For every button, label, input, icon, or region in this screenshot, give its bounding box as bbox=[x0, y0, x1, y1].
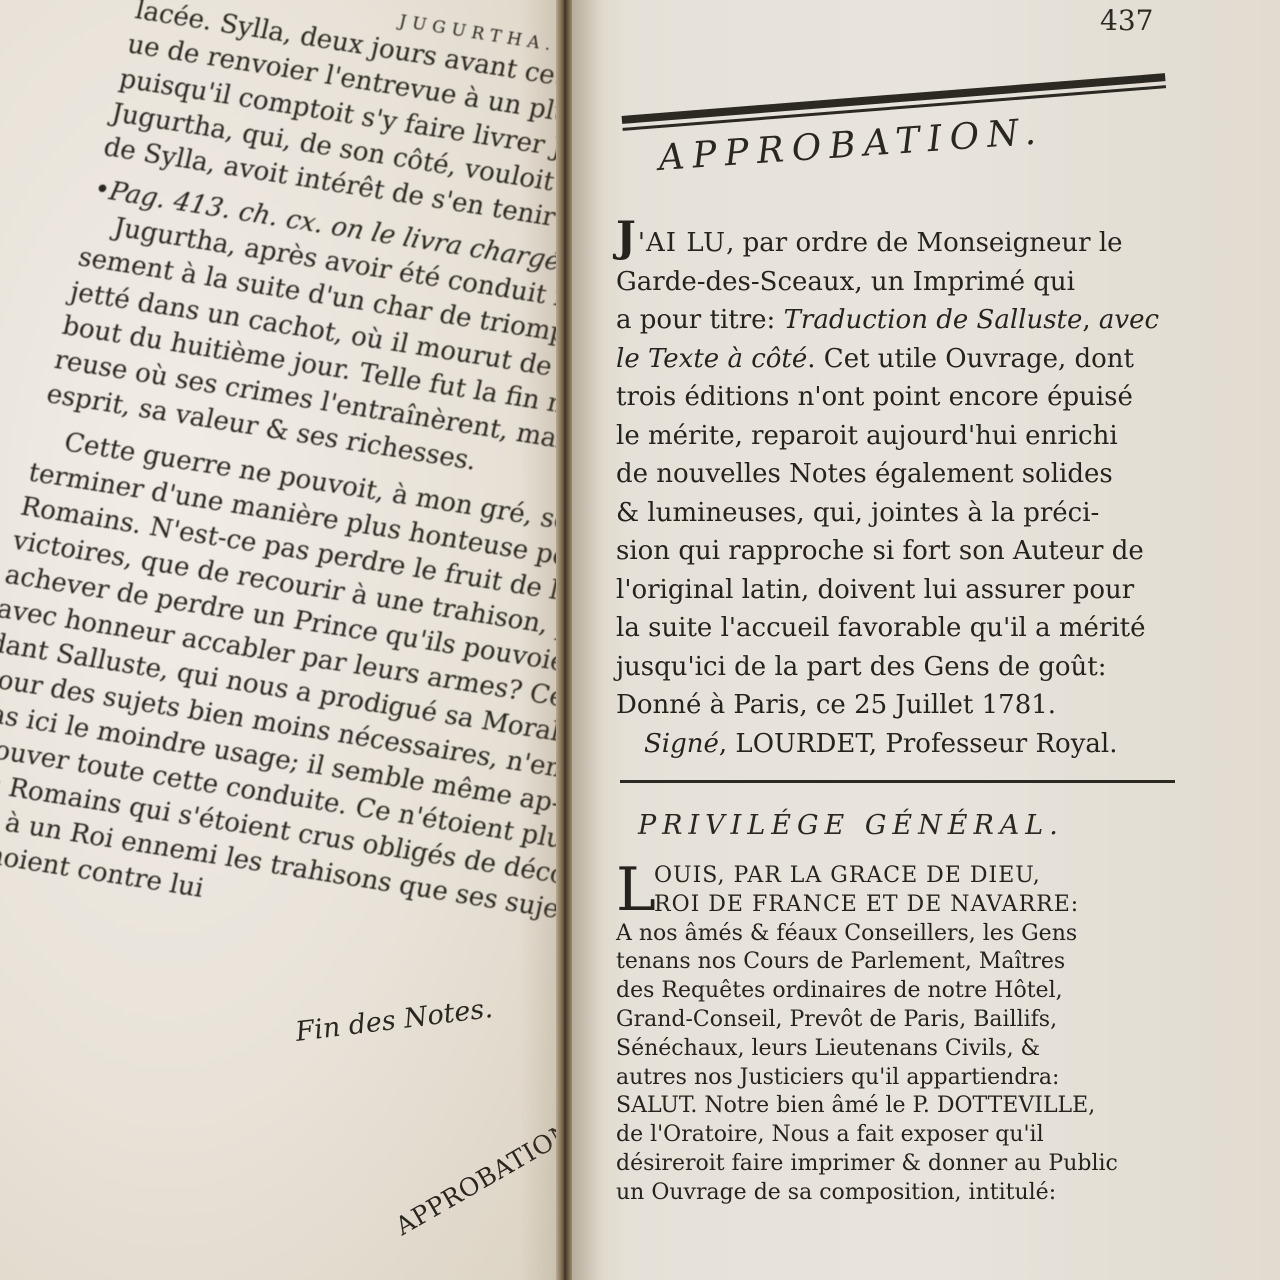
text-line: un Ouvrage de sa composition, intitulé: bbox=[616, 1179, 1228, 1208]
text-line: trois éditions n'ont point encore épuisé bbox=[616, 378, 1228, 417]
end-of-notes: Fin des Notes. bbox=[294, 993, 495, 1048]
text-line: désireroit faire imprimer & donner au Pu… bbox=[616, 1150, 1228, 1179]
text-line: tenans nos Cours de Parlement, Maîtres bbox=[616, 948, 1228, 977]
text-line: de l'Oratoire, Nous a fait exposer qu'il bbox=[616, 1121, 1228, 1150]
page-number: 437 bbox=[1100, 4, 1153, 37]
privilege-text: L OUIS, PAR LA GRACE DE DIEU, ROI DE FRA… bbox=[616, 862, 1228, 1208]
text-line: autres nos Justiciers qu'il appartiendra… bbox=[616, 1064, 1228, 1093]
text-line: ROI DE FRANCE ET DE NAVARRE: bbox=[654, 891, 1228, 920]
text-line: Garde-des-Sceaux, un Imprimé qui bbox=[616, 263, 1228, 302]
signed-label: Signé bbox=[644, 725, 719, 764]
text-line: Donné à Paris, ce 25 Juillet 1781. bbox=[616, 686, 1228, 725]
text-line: le Texte à côté. Cet utile Ouvrage, dont bbox=[616, 340, 1228, 379]
text-line: Sénéchaux, leurs Lieutenans Civils, & bbox=[616, 1035, 1228, 1064]
text-line: SALUT. Notre bien âmé le P. DOTTEVILLE, bbox=[616, 1092, 1228, 1121]
dropcap: J bbox=[616, 212, 636, 261]
dropcap: L bbox=[616, 862, 656, 918]
text-line: de nouvelles Notes également solides bbox=[616, 455, 1228, 494]
right-page: 437 APPROBATION. J'AI LU, par ordre de M… bbox=[572, 0, 1280, 1280]
text-line: & lumineuses, qui, jointes à la préci- bbox=[616, 494, 1228, 533]
open-book: JUGURTHA. lacée. Sylla, deux jours avant… bbox=[0, 0, 1280, 1280]
book-gutter bbox=[556, 0, 572, 1280]
text-line: le mérite, reparoit aujourd'hui enrichi bbox=[616, 417, 1228, 456]
text-line: l'original latin, doivent lui assurer po… bbox=[616, 571, 1228, 610]
text-line: a pour titre: Traduction de Salluste, av… bbox=[616, 301, 1228, 340]
text-line: J'AI LU, par ordre de Monseigneur le bbox=[616, 222, 1228, 263]
signature-line: Signé, LOURDET, Professeur Royal. bbox=[616, 725, 1228, 764]
text-line: sion qui rapproche si fort son Auteur de bbox=[616, 532, 1228, 571]
text-line: jusqu'ici de la part des Gens de goût: bbox=[616, 648, 1228, 687]
text-line: des Requêtes ordinaires de notre Hôtel, bbox=[616, 977, 1228, 1006]
signature: , LOURDET, Professeur Royal. bbox=[719, 725, 1118, 764]
double-rule-divider bbox=[620, 53, 1165, 122]
single-rule-divider bbox=[620, 780, 1175, 783]
text-line: OUIS, PAR LA GRACE DE DIEU, bbox=[654, 862, 1228, 891]
privilege-heading: PRIVILÉGE GÉNÉRAL. bbox=[638, 810, 1064, 841]
left-page: JUGURTHA. lacée. Sylla, deux jours avant… bbox=[0, 0, 560, 1280]
approbation-text: J'AI LU, par ordre de Monseigneur le Gar… bbox=[616, 222, 1228, 763]
text-line: la suite l'accueil favorable qu'il a mér… bbox=[616, 609, 1228, 648]
catchword: APPROBATION. bbox=[391, 1112, 561, 1241]
text-line: Grand-Conseil, Prevôt de Paris, Baillifs… bbox=[616, 1006, 1228, 1035]
text-line: A nos âmés & féaux Conseillers, les Gens bbox=[616, 920, 1228, 949]
left-page-text: JUGURTHA. lacée. Sylla, deux jours avant… bbox=[0, 0, 560, 933]
